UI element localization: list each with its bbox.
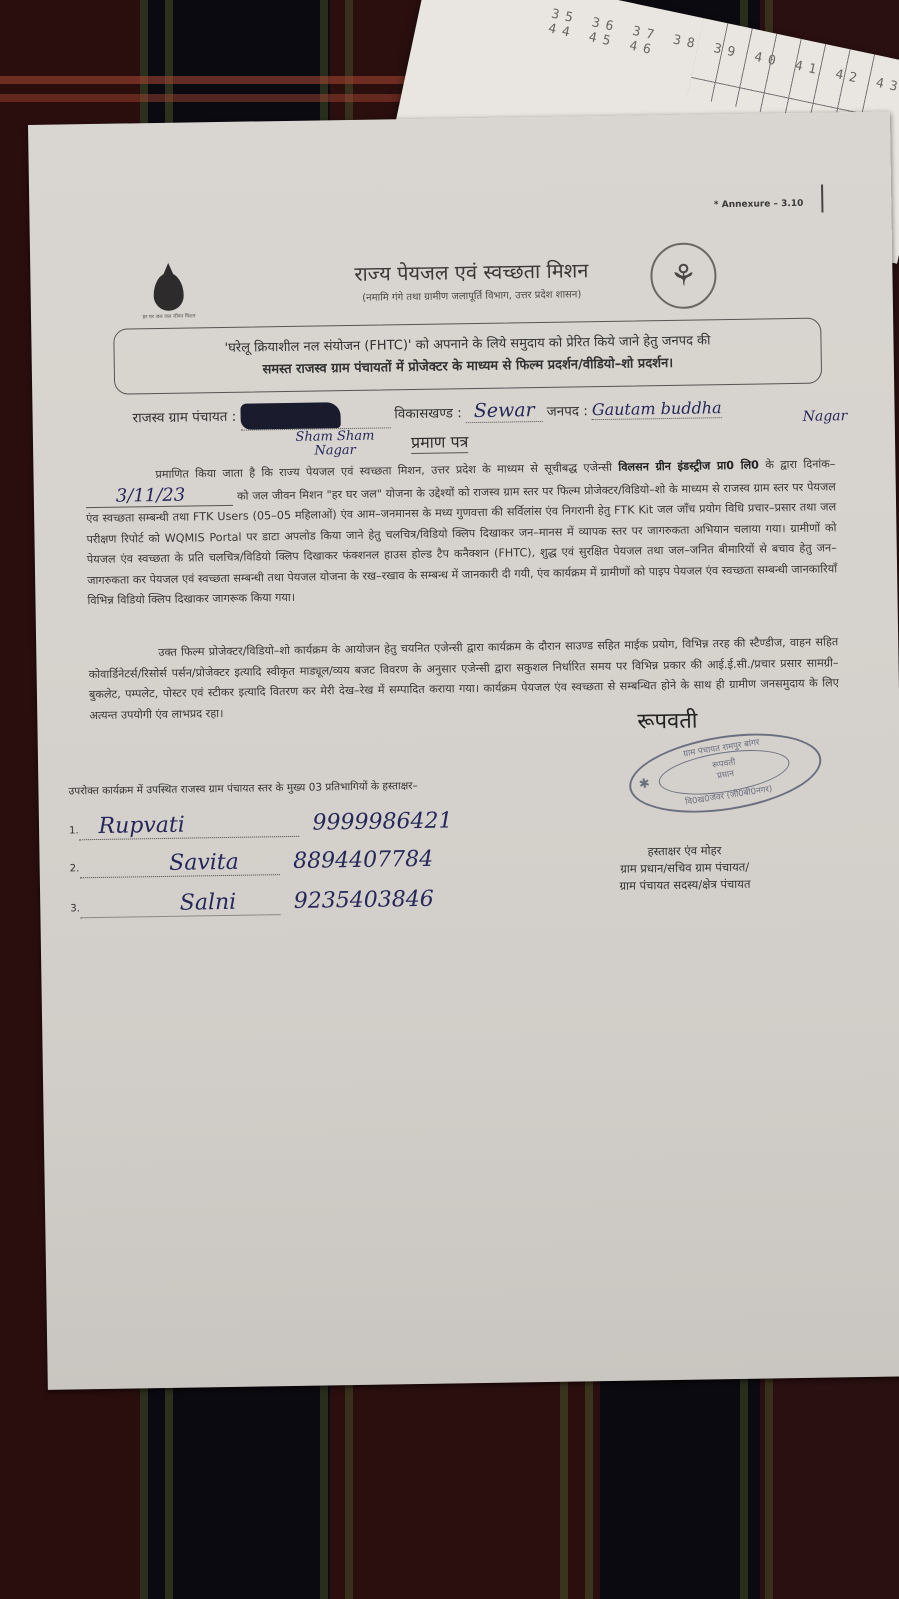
participant-phone: 9235403846 [294, 887, 434, 914]
gram-panchayat-label: राजस्व ग्राम पंचायत : [132, 407, 236, 427]
redaction-mark [240, 402, 340, 430]
date-prefix: के द्वारा दिनांक– [765, 457, 835, 471]
participant-row: 1. Rupvati 9999986421 [69, 808, 453, 840]
block-label: विकासखण्ड : [394, 403, 462, 422]
participants-heading: उपरोक्त कार्यक्रम में उपस्थित राजस्व ग्र… [68, 778, 498, 799]
gram-panchayat-stamp: ग्राम पंचायत रामपुर बांगर रूपवती प्रधान … [624, 722, 827, 825]
certificate-paragraph-2: उक्त फिल्म प्रोजेक्टर/विडियो–शो कार्यक्र… [88, 632, 839, 726]
signature-block: हस्ताक्षर एंव मोहर ग्राम प्रधान/सचिव ग्र… [559, 841, 810, 896]
para1-intro: प्रमाणित किया जाता है कि राज्य पेयजल एवं… [85, 461, 612, 482]
logo-caption: हर घर जल जल जीवन मिशन [139, 313, 199, 320]
certificate-document: * Annexure – 3.10 हर घर जल जल जीवन मिशन … [28, 111, 899, 1389]
pradhan-signature: रूपवती [637, 705, 698, 736]
annexure-label: * Annexure – 3.10 [714, 199, 804, 210]
margin-mark [821, 185, 823, 213]
block-field: Sewar [466, 399, 543, 423]
boxed-heading: 'घरेलू क्रियाशील नल संयोजन (FHTC)' को अप… [113, 318, 822, 395]
participant-name: Salni [80, 889, 280, 918]
district-label: जनपद : [547, 401, 588, 420]
participant-row: 3. Salni 9235403846 [70, 887, 434, 919]
star-icon: ✱ [638, 776, 651, 793]
gram-panchayat-handwritten: Sham Sham Nagar [275, 429, 395, 459]
date-field: 3/11/23 [86, 483, 234, 507]
location-fields: राजस्व ग्राम पंचायत : विकासखण्ड : Sewar … [132, 394, 852, 432]
participant-phone: 8894407784 [293, 847, 433, 874]
district-field: Gautam buddha [592, 398, 722, 420]
certificate-title: प्रमाण पत्र [411, 430, 469, 454]
participant-number: 1. [69, 825, 79, 836]
participant-number: 3. [70, 903, 80, 914]
participant-phone: 9999986421 [312, 808, 452, 835]
participant-row: 2. Savita 8894407784 [69, 847, 433, 879]
signatory-role-2: ग्राम पंचायत सदस्य/क्षेत्र पंचायत [560, 875, 810, 896]
certificate-paragraph-1: प्रमाणित किया जाता है कि राज्य पेयजल एवं… [85, 454, 837, 611]
participant-name: Savita [79, 849, 279, 878]
agency-name: विलसन ग्रीन इंडस्ट्रीज प्रा0 लि0 [618, 459, 759, 474]
gram-panchayat-field [240, 401, 390, 430]
district-field-continued: Nagar [803, 408, 848, 425]
up-emblem-icon: ⚘ [650, 242, 717, 309]
participant-number: 2. [70, 863, 80, 874]
participant-name: Rupvati [78, 811, 298, 840]
